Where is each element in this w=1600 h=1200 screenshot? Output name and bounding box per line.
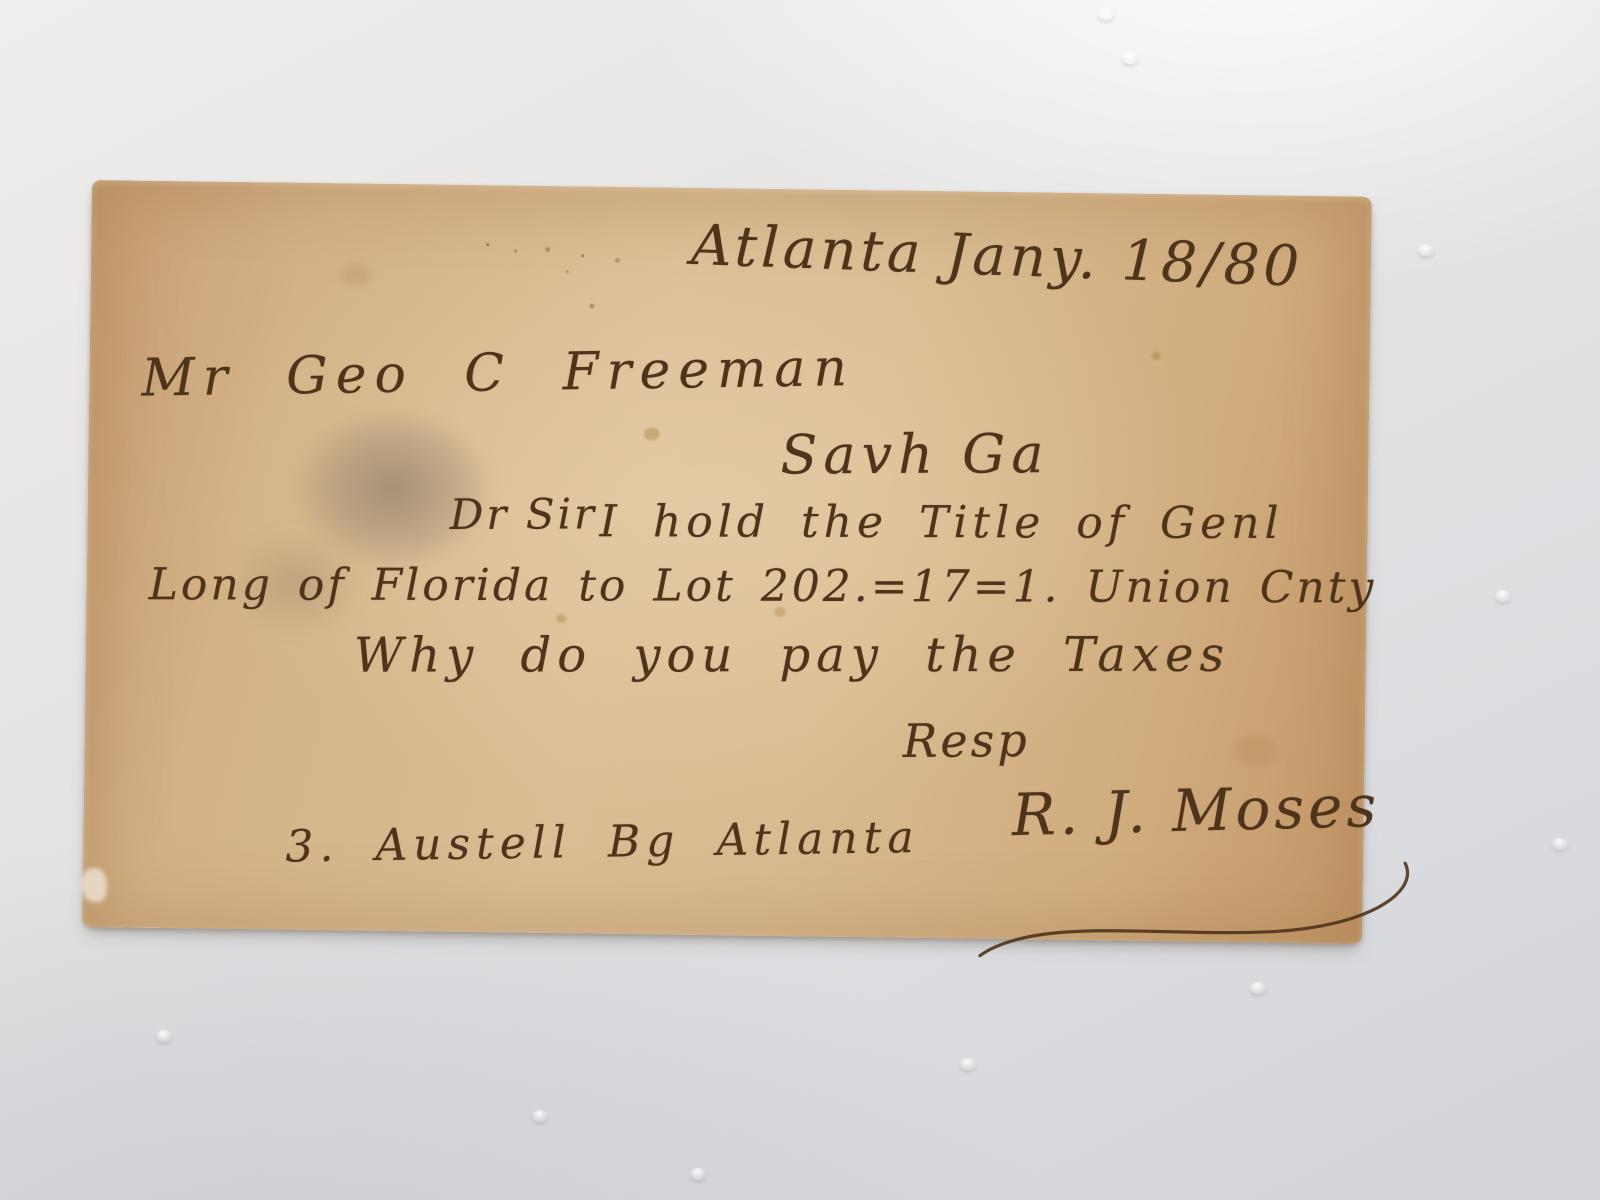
date-line: Atlanta Jany. 18/80 <box>690 213 1304 300</box>
wall-dimple <box>1122 52 1138 64</box>
signature-flourish <box>974 840 1416 966</box>
recipient-line: Mr Geo C Freeman <box>141 338 855 409</box>
recipient-place-line: Savh Ga <box>780 422 1049 486</box>
foxing-spot <box>1234 735 1276 766</box>
wall-dimple <box>690 1168 706 1180</box>
wall-dimple <box>1552 838 1568 850</box>
wall-dimple <box>532 1110 548 1122</box>
body-line-1: I hold the Title of Genl <box>600 496 1284 549</box>
sender-address-line: 3. Austell Bg Atlanta <box>285 812 920 872</box>
wall-dimple <box>1418 244 1434 256</box>
wall-dimple <box>156 1030 172 1042</box>
wall-dimple <box>1098 8 1114 20</box>
salutation: Dr Sir <box>450 489 598 539</box>
body-line-2: Long of Florida to Lot 202.=17=1. Union … <box>149 559 1377 613</box>
foxing-spot <box>341 263 371 285</box>
photo-wall: Atlanta Jany. 18/80 Mr Geo C Freeman Sav… <box>0 0 1600 1200</box>
wall-dimple <box>1495 590 1511 602</box>
signature: R. J. Moses <box>1011 772 1381 849</box>
postcard: Atlanta Jany. 18/80 Mr Geo C Freeman Sav… <box>82 180 1372 944</box>
foxing-spot <box>644 427 660 440</box>
foxing-spot <box>556 614 566 623</box>
pencil-specks <box>486 243 489 246</box>
wall-dimple <box>960 1058 976 1070</box>
foxing-spot <box>1152 352 1161 360</box>
wall-dimple <box>1250 982 1266 994</box>
closing-line: Resp <box>903 713 1030 768</box>
body-line-3: Why do you pay the Taxes <box>354 627 1230 684</box>
corner-chip <box>81 868 107 902</box>
